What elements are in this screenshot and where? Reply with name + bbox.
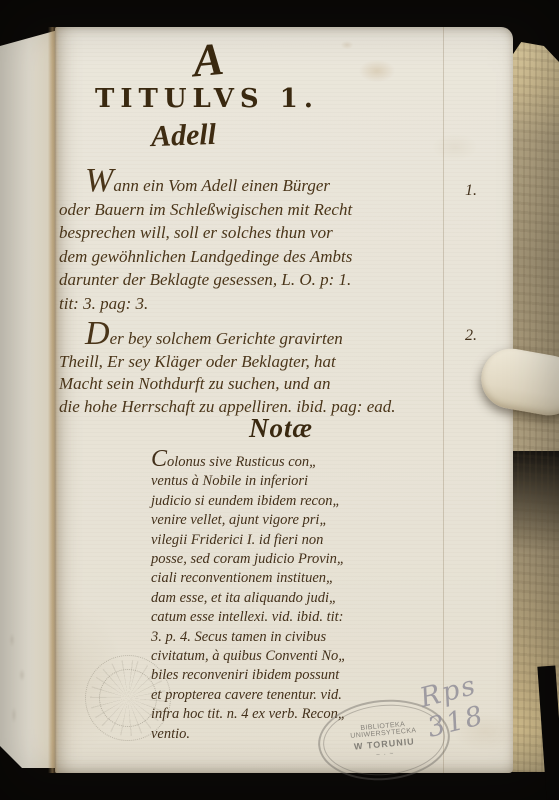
paragraph-2: Der bey solchem Gerichte gravirten Theil… (59, 323, 471, 418)
oval-stamp-line3: ~ · ~ (376, 750, 395, 759)
section-title: TITULVS 1. (95, 84, 319, 114)
manuscript-page: A TITULVS 1. Adell Wann ein Vom Adell ei… (55, 27, 513, 773)
oval-stamp-line1: BIBLIOTEKA UNIWERSYTECKA (335, 718, 432, 740)
gutter-crease (48, 27, 59, 773)
ornate-initial: A (191, 32, 228, 88)
margin-number-2: 2. (465, 327, 477, 345)
nota-heading: Notæ (249, 413, 313, 444)
section-subtitle: Adell (150, 118, 216, 154)
paragraph-1: Wann ein Vom Adell einen Bürger oder Bau… (59, 169, 461, 315)
manuscript-photo: A TITULVS 1. Adell Wann ein Vom Adell ei… (0, 0, 559, 800)
margin-number-1: 1. (465, 182, 477, 200)
ink-bleed-marks (4, 620, 38, 740)
